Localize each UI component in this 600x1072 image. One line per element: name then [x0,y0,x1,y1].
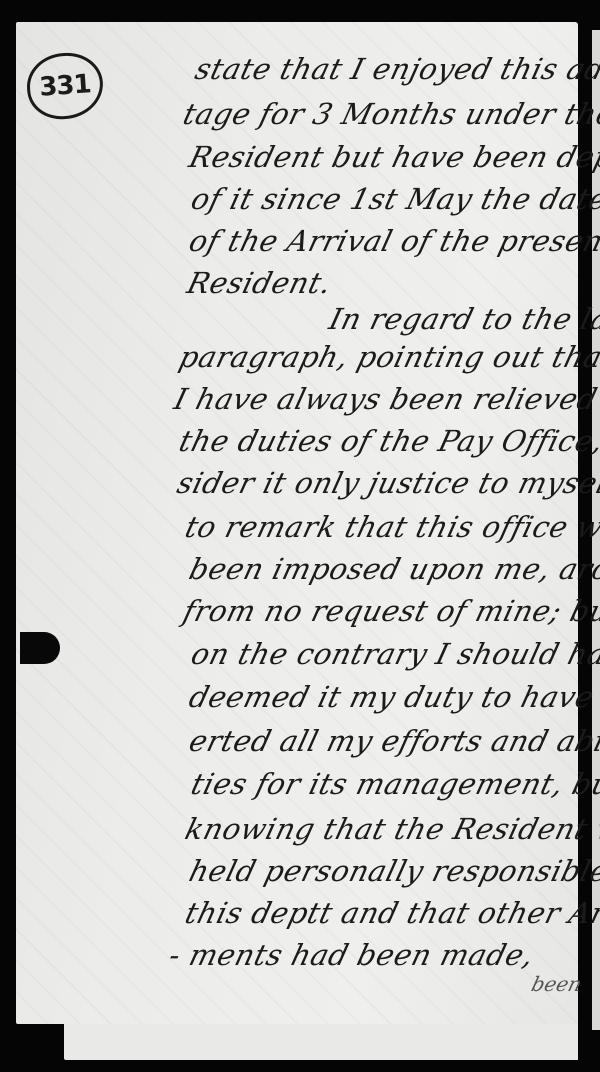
text-line: paragraph, pointing out that [176,340,600,374]
text-line: deemed it my duty to have ex- [186,680,600,714]
text-line: the duties of the Pay Office, I con- [176,424,600,458]
text-line: ties for its management, but [188,767,600,801]
text-line: Resident. [184,266,335,300]
text-line: sider it only justice to myself [174,466,600,500]
text-line: erted all my efforts and abili- [186,724,600,758]
catchword: been [529,972,584,996]
text-line: state that I enjoyed this advan- [192,52,600,86]
text-line: from no request of mine; but [180,594,600,628]
text-line: - ments had been made, [166,938,538,972]
text-line: to remark that this office was not [182,510,600,544]
text-line: of the Arrival of the present [186,224,600,258]
text-line: knowing that the Resident was [182,812,600,846]
text-line: this deptt and that other Arrange- [182,896,600,930]
text-line: been imposed upon me, arose [186,552,600,586]
text-line: In regard to the last [326,302,600,336]
text-line: held personally responsible for [186,854,600,888]
binding-clip [20,632,60,664]
text-line: I have always been relieved from [171,382,600,416]
text-line: tage for 3 Months under the late [180,97,600,131]
folio-number: 331 [38,69,91,103]
text-line: Resident but have been depriv- [186,140,600,174]
text-line: on the contrary I should have [188,637,600,671]
text-line: of it since 1st May the date [188,182,600,216]
